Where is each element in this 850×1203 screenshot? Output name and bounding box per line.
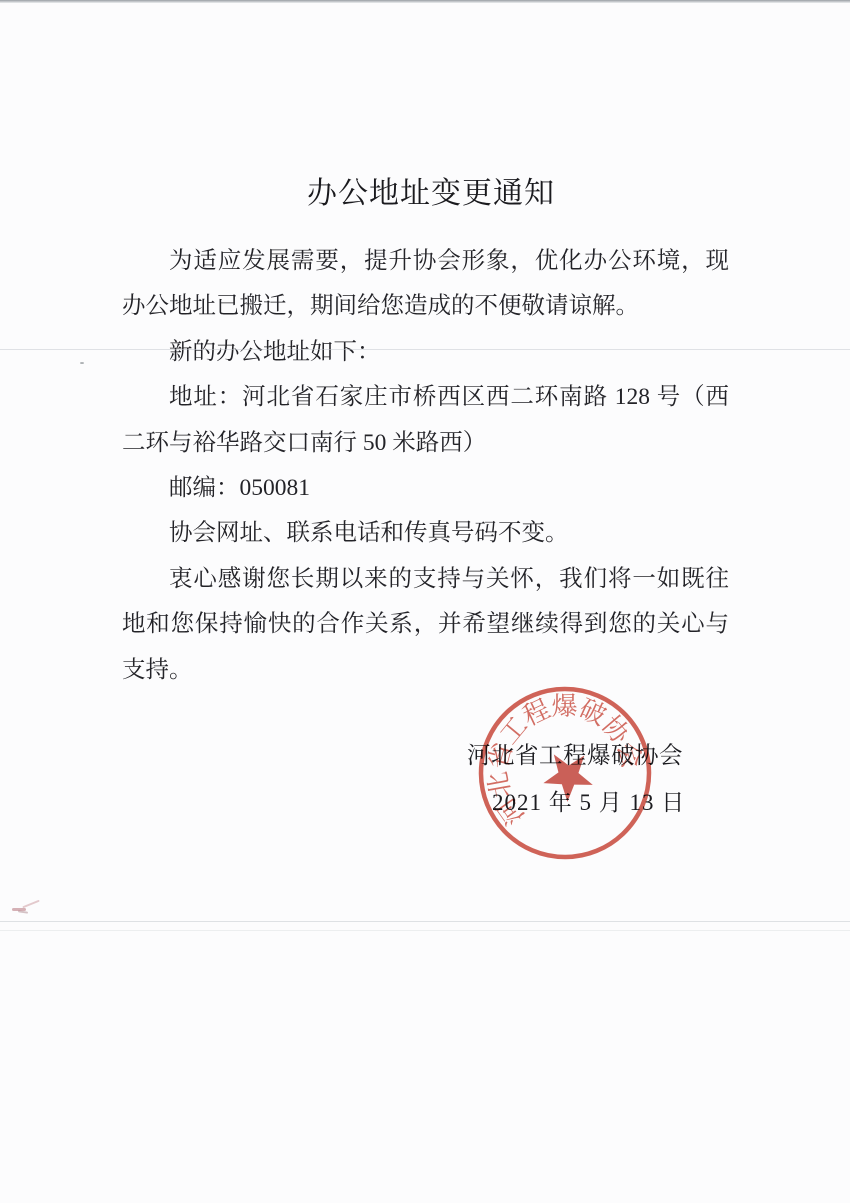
scanned-notice-page: 办公地址变更通知 为适应发展需要，提升协会形象，优化办公环境，现办公地址已搬迁，… <box>0 0 850 1203</box>
document-title: 办公地址变更通知 <box>0 168 850 212</box>
scan-crease-line <box>0 930 850 931</box>
official-seal: 河北省工程爆破协会 <box>435 643 695 903</box>
ink-smudge <box>12 901 46 917</box>
body-paragraph: 地址：河北省石家庄市桥西区西二环南路 128 号（西二环与裕华路交口南行 50 … <box>122 375 729 466</box>
scan-edge-shadow <box>0 0 850 3</box>
body-paragraph: 协会网址、联系电话和传真号码不变。 <box>122 511 729 556</box>
body-paragraph: 为适应发展需要，提升协会形象，优化办公环境，现办公地址已搬迁，期间给您造成的不便… <box>122 239 729 330</box>
body-paragraph: 邮编：050081 <box>122 466 729 511</box>
scan-crease-line <box>0 349 850 350</box>
signature-date: 2021 年 5 月 13 日 <box>492 784 685 817</box>
body-paragraph: 新的办公地址如下： <box>122 330 729 375</box>
scan-crease-line <box>0 921 850 922</box>
signature-organization: 河北省工程爆破协会 <box>467 736 683 770</box>
document-body: 为适应发展需要，提升协会形象，优化办公环境，现办公地址已搬迁，期间给您造成的不便… <box>122 239 729 693</box>
paper-speck <box>80 362 84 364</box>
